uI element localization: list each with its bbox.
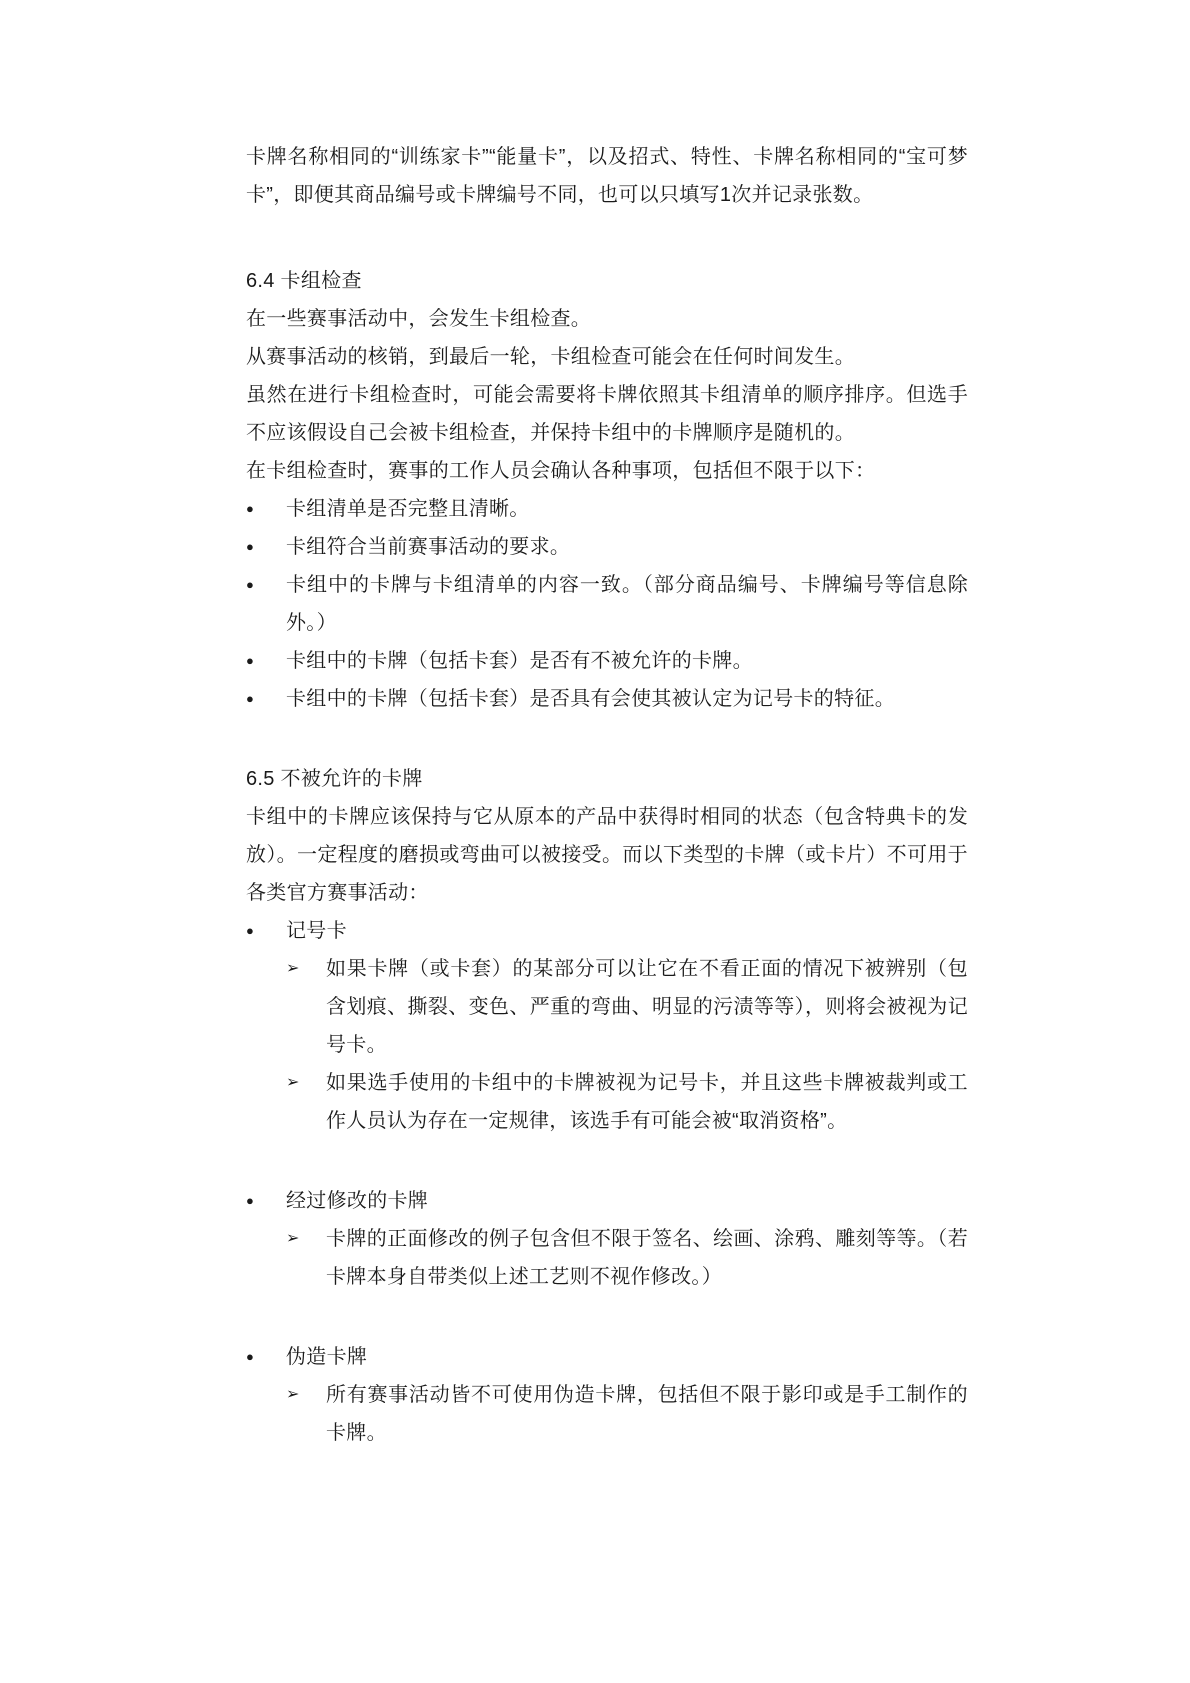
modified-cards-sublist: ➢ 卡牌的正面修改的例子包含但不限于签名、绘画、涂鸦、雕刻等等。（若卡牌本身自带… <box>286 1220 968 1296</box>
checklist-item: ● 卡组清单是否完整且清晰。 <box>246 490 968 528</box>
document-body: 卡牌名称相同的“训练家卡”“能量卡”，以及招式、特性、卡牌名称相同的“宝可梦卡”… <box>0 0 1190 1452</box>
counterfeit-cards-sublist: ➢ 所有赛事活动皆不可使用伪造卡牌，包括但不限于影印或是手工制作的卡牌。 <box>286 1376 968 1452</box>
bullet-icon: ● <box>246 490 286 528</box>
bullet-icon: ● <box>246 642 286 680</box>
category-label: 伪造卡牌 <box>286 1338 968 1376</box>
marked-cards-sublist: ➢ 如果卡牌（或卡套）的某部分可以让它在不看正面的情况下被辨别（包含划痕、撕裂、… <box>286 950 968 1140</box>
deck-check-paragraph-3: 虽然在进行卡组检查时，可能会需要将卡牌依照其卡组清单的顺序排序。但选手不应该假设… <box>246 376 968 452</box>
disallowed-category-counterfeit-cards: ● 伪造卡牌 <box>246 1338 968 1376</box>
deck-check-paragraph-4: 在卡组检查时，赛事的工作人员会确认各种事项，包括但不限于以下： <box>246 452 968 490</box>
category-label: 记号卡 <box>286 912 968 950</box>
bullet-icon: ● <box>246 1338 286 1376</box>
checklist-item: ● 卡组中的卡牌（包括卡套）是否有不被允许的卡牌。 <box>246 642 968 680</box>
sub-item: ➢ 如果卡牌（或卡套）的某部分可以让它在不看正面的情况下被辨别（包含划痕、撕裂、… <box>286 950 968 1064</box>
checklist-item-text: 卡组清单是否完整且清晰。 <box>286 490 968 528</box>
bullet-icon: ● <box>246 566 286 604</box>
sub-item: ➢ 如果选手使用的卡组中的卡牌被视为记号卡，并且这些卡牌被裁判或工作人员认为存在… <box>286 1064 968 1140</box>
sub-item: ➢ 所有赛事活动皆不可使用伪造卡牌，包括但不限于影印或是手工制作的卡牌。 <box>286 1376 968 1452</box>
bullet-icon: ● <box>246 680 286 718</box>
checklist-item-text: 卡组符合当前赛事活动的要求。 <box>286 528 968 566</box>
checklist-item: ● 卡组中的卡牌（包括卡套）是否具有会使其被认定为记号卡的特征。 <box>246 680 968 718</box>
bullet-icon: ● <box>246 912 286 950</box>
disallowed-cards-intro: 卡组中的卡牌应该保持与它从原本的产品中获得时相同的状态（包含特典卡的发放）。一定… <box>246 798 968 912</box>
checklist-item: ● 卡组符合当前赛事活动的要求。 <box>246 528 968 566</box>
document-page: { "colors": { "background": "#ffffff", "… <box>0 0 1190 1683</box>
checklist-item-text: 卡组中的卡牌（包括卡套）是否具有会使其被认定为记号卡的特征。 <box>286 680 968 718</box>
checklist-item-text: 卡组中的卡牌（包括卡套）是否有不被允许的卡牌。 <box>286 642 968 680</box>
arrow-bullet-icon: ➢ <box>286 950 326 988</box>
section-6-5-heading: 6.5 不被允许的卡牌 <box>246 760 968 798</box>
intro-paragraph: 卡牌名称相同的“训练家卡”“能量卡”，以及招式、特性、卡牌名称相同的“宝可梦卡”… <box>246 138 968 214</box>
arrow-bullet-icon: ➢ <box>286 1220 326 1258</box>
arrow-bullet-icon: ➢ <box>286 1376 326 1414</box>
disallowed-category-marked-cards: ● 记号卡 <box>246 912 968 950</box>
section-6-4-heading: 6.4 卡组检查 <box>246 262 968 300</box>
bullet-icon: ● <box>246 1182 286 1220</box>
sub-item-text: 如果选手使用的卡组中的卡牌被视为记号卡，并且这些卡牌被裁判或工作人员认为存在一定… <box>326 1064 968 1140</box>
disallowed-category-modified-cards: ● 经过修改的卡牌 <box>246 1182 968 1220</box>
category-label: 经过修改的卡牌 <box>286 1182 968 1220</box>
deck-check-paragraph-2: 从赛事活动的核销，到最后一轮，卡组检查可能会在任何时间发生。 <box>246 338 968 376</box>
deck-check-paragraph-1: 在一些赛事活动中，会发生卡组检查。 <box>246 300 968 338</box>
sub-item-text: 所有赛事活动皆不可使用伪造卡牌，包括但不限于影印或是手工制作的卡牌。 <box>326 1376 968 1452</box>
sub-item: ➢ 卡牌的正面修改的例子包含但不限于签名、绘画、涂鸦、雕刻等等。（若卡牌本身自带… <box>286 1220 968 1296</box>
arrow-bullet-icon: ➢ <box>286 1064 326 1102</box>
sub-item-text: 卡牌的正面修改的例子包含但不限于签名、绘画、涂鸦、雕刻等等。（若卡牌本身自带类似… <box>326 1220 968 1296</box>
checklist-item-text: 卡组中的卡牌与卡组清单的内容一致。（部分商品编号、卡牌编号等信息除外。） <box>286 566 968 642</box>
bullet-icon: ● <box>246 528 286 566</box>
sub-item-text: 如果卡牌（或卡套）的某部分可以让它在不看正面的情况下被辨别（包含划痕、撕裂、变色… <box>326 950 968 1064</box>
checklist-item: ● 卡组中的卡牌与卡组清单的内容一致。（部分商品编号、卡牌编号等信息除外。） <box>246 566 968 642</box>
